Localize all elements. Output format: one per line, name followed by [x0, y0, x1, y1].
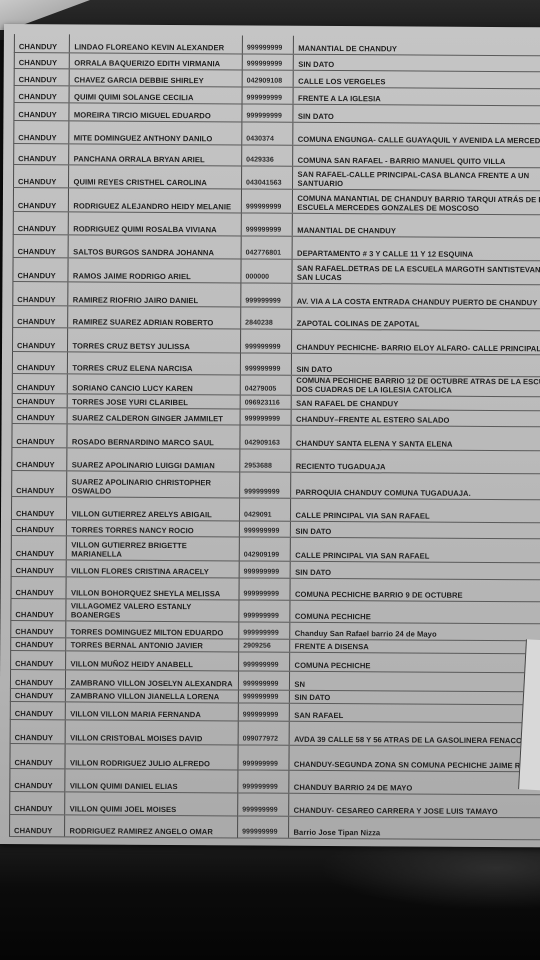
canton-cell: CHANDUY: [13, 305, 69, 327]
canton-cell: CHANDUY: [11, 620, 67, 637]
canton-cell: CHANDUY: [10, 814, 66, 836]
phone-cell: 999999999: [240, 408, 292, 424]
canton-cell: CHANDUY: [12, 407, 68, 423]
phone-cell: 099077972: [238, 720, 290, 744]
phone-cell: 999999999: [238, 744, 290, 769]
address-cell: CHANDUY-SEGUNDA ZONA SN COMUNA PECHICHE …: [289, 745, 540, 772]
address-cell: CALLE PRINCIPAL VIA SAN RAFAEL: [291, 537, 540, 563]
phone-cell: 042776801: [241, 235, 293, 258]
address-cell: SN: [290, 671, 540, 692]
name-cell: TORRES CRUZ BETSY JULISSA: [68, 327, 241, 352]
table-row: CHANDUYTORRES CRUZ BETSY JULISSA99999999…: [13, 327, 540, 354]
table-row: CHANDUYRODRIGUEZ RAMIREZ ANGELO OMAR9999…: [10, 814, 540, 839]
address-cell: CHANDUY SANTA ELENA Y SANTA ELENA: [291, 425, 540, 451]
canton-cell: CHANDUY: [12, 351, 68, 373]
table-row: CHANDUYVILLON CRISTOBAL MOISES DAVID0990…: [10, 719, 540, 746]
name-cell: RAMIREZ SUAREZ ADRIAN ROBERTO: [68, 305, 241, 328]
phone-cell: 999999999: [242, 35, 294, 53]
canton-cell: CHANDUY: [11, 576, 67, 598]
address-cell: PARROQUIA CHANDUY COMUNA TUGADUAJA.: [291, 472, 540, 500]
records-table: CHANDUYLINDAO FLOREANO KEVIN ALEXANDER99…: [9, 34, 540, 840]
phone-cell: 0429336: [242, 144, 294, 165]
name-cell: TORRES TORRES NANCY ROCIO: [67, 519, 240, 536]
name-cell: VILLON QUIMI JOEL MOISES: [65, 791, 238, 815]
canton-cell: CHANDUY: [14, 102, 70, 120]
address-cell: COMUNA PECHICHE BARRIO 9 DE OCTUBRE: [290, 578, 540, 602]
canton-cell: CHANDUY: [14, 34, 70, 52]
name-cell: LINDAO FLOREANO KEVIN ALEXANDER: [70, 34, 243, 53]
canton-cell: CHANDUY: [14, 68, 70, 85]
address-cell: CALLE LOS VERGELES: [294, 70, 540, 89]
name-cell: VILLON QUIMI DANIEL ELIAS: [65, 768, 238, 792]
address-cell: SIN DATO: [293, 104, 540, 124]
canton-cell: CHANDUY: [12, 373, 68, 393]
table-row: CHANDUYMITE DOMINGUEZ ANTHONY DANILO0430…: [14, 120, 540, 146]
address-cell: MANANTIAL DE CHANDUY: [293, 213, 540, 238]
name-cell: VILLON BOHORQUEZ SHEYLA MELISSA: [66, 576, 239, 599]
name-cell: VILLON RODRIGUEZ JULIO ALFREDO: [65, 743, 238, 769]
name-cell: VILLON FLORES CRISTINA ARACELY: [67, 559, 240, 577]
canton-cell: CHANDUY: [13, 234, 69, 257]
table-row: CHANDUYSALTOS BURGOS SANDRA JOHANNA04277…: [13, 234, 540, 260]
address-cell: AV. VIA A LA COSTA ENTRADA CHANDUY PUERT…: [292, 283, 540, 309]
records-table-body: CHANDUYLINDAO FLOREANO KEVIN ALEXANDER99…: [10, 34, 540, 839]
table-row: CHANDUYRAMIREZ RIOFRIO JAIRO DANIEL99999…: [13, 281, 540, 308]
canton-cell: CHANDUY: [11, 637, 67, 650]
canton-cell: CHANDUY: [11, 650, 67, 669]
address-cell: Barrio Jose Tipan Nizza: [289, 816, 540, 840]
phone-cell: 999999999: [239, 520, 291, 536]
address-cell: Chanduy San Rafael barrio 24 de Mayo: [290, 622, 540, 641]
name-cell: RODRIGUEZ ALEJANDRO HEIDY MELANIE: [69, 187, 242, 212]
name-cell: RAMOS JAIME RODRIGO ARIEL: [68, 257, 241, 282]
address-cell: CHANDUY- CESAREO CARRERA Y JOSE LUIS TAM…: [289, 793, 540, 818]
name-cell: TORRES DOMINGUEZ MILTON EDUARDO: [66, 620, 239, 638]
phone-cell: 0430374: [242, 121, 294, 144]
phone-cell: 999999999: [238, 702, 290, 720]
name-cell: QUIMI QUIMI SOLANGE CECILIA: [70, 85, 243, 103]
address-cell: CALLE PRINCIPAL VIA SAN RAFAEL: [291, 498, 540, 523]
phone-cell: 999999999: [239, 577, 291, 599]
address-cell: CHANDUY PECHICHE- BARRIO ELOY ALFARO- CA…: [292, 329, 540, 355]
canton-cell: CHANDUY: [13, 281, 69, 305]
phone-cell: 096923116: [240, 394, 292, 408]
address-cell: COMUNA PECHICHE: [290, 600, 540, 624]
address-cell: SAN RAFAEL-CALLE PRINCIPAL-CASA BLANCA F…: [293, 166, 540, 191]
name-cell: VILLON CRISTOBAL MOISES DAVID: [66, 719, 239, 744]
phone-cell: 999999999: [239, 621, 291, 638]
canton-cell: CHANDUY: [13, 257, 69, 281]
canton-cell: CHANDUY: [14, 120, 70, 143]
printed-sheet: CHANDUYLINDAO FLOREANO KEVIN ALEXANDER99…: [0, 24, 540, 847]
table-row: CHANDUYVILLON GUTIERREZ ARELYS ABIGAIL04…: [11, 496, 540, 522]
table-row: CHANDUYSUAREZ APOLINARIO LUIGGI DAMIAN29…: [12, 447, 540, 473]
phone-cell: 999999999: [242, 86, 294, 103]
name-cell: TORRES BERNAL ANTONIO JAVIER: [66, 637, 239, 651]
canton-cell: CHANDUY: [10, 768, 66, 791]
address-cell: SIN DATO: [294, 54, 540, 72]
name-cell: VILLAGOMEZ VALERO ESTANLY BOANERGES: [66, 598, 239, 621]
canton-cell: CHANDUY: [11, 519, 67, 535]
address-cell: COMUNA PECHICHE: [290, 652, 540, 673]
phone-cell: 999999999: [238, 792, 290, 815]
phone-cell: 04279005: [240, 374, 292, 394]
phone-cell: 999999999: [238, 670, 290, 689]
canton-cell: CHANDUY: [11, 559, 67, 576]
address-cell: COMUNA SAN RAFAEL - BARRIO MANUEL QUITO …: [293, 145, 540, 168]
canton-cell: CHANDUY: [11, 535, 67, 559]
name-cell: VILLON GUTIERREZ ARELYS ABIGAIL: [67, 496, 240, 520]
phone-cell: 999999999: [242, 103, 294, 121]
canton-cell: CHANDUY: [10, 743, 66, 768]
address-cell: CHANDUY BARRIO 24 DE MAYO: [289, 770, 540, 795]
phone-cell: 000000: [241, 258, 293, 282]
canton-cell: CHANDUY: [10, 669, 66, 688]
canton-cell: CHANDUY: [12, 423, 68, 447]
name-cell: QUIMI REYES CRISTHEL CAROLINA: [69, 164, 242, 188]
phone-cell: 999999999: [238, 815, 290, 837]
phone-cell: 043041563: [242, 165, 294, 188]
name-cell: TORRES CRUZ ELENA NARCISA: [68, 351, 241, 374]
table-row: CHANDUYRAMOS JAIME RODRIGO ARIEL000000SA…: [13, 257, 540, 284]
phone-cell: 999999999: [241, 212, 293, 235]
address-cell: COMUNA MANANTIAL DE CHANDUY BARRIO TARQU…: [293, 189, 540, 215]
background-surface-bottom: [0, 840, 540, 960]
table-row: CHANDUYVILLON QUIMI JOEL MOISES999999999…: [10, 791, 540, 817]
phone-cell: 999999999: [241, 282, 293, 306]
phone-cell: 999999999: [239, 599, 291, 621]
table-row: CHANDUYQUIMI REYES CRISTHEL CAROLINA0430…: [14, 164, 540, 190]
name-cell: CHAVEZ GARCIA DEBBIE SHIRLEY: [70, 68, 243, 86]
name-cell: RODRIGUEZ RAMIREZ ANGELO OMAR: [65, 814, 238, 837]
address-cell: AVDA 39 CALLE 58 Y 56 ATRAS DE LA GASOLI…: [290, 721, 540, 747]
table-row: CHANDUYSUAREZ APOLINARIO CHRISTOPHER OSW…: [12, 470, 540, 499]
name-cell: ZAMBRANO VILLON JOSELYN ALEXANDRA: [66, 669, 239, 689]
canton-cell: CHANDUY: [10, 688, 66, 701]
name-cell: TORRES JOSE YURI CLARIBEL: [68, 393, 241, 408]
canton-cell: CHANDUY: [12, 393, 68, 407]
phone-cell: 2953688: [240, 448, 292, 471]
phone-cell: 999999999: [240, 471, 292, 497]
canton-cell: CHANDUY: [12, 470, 68, 496]
name-cell: RAMIREZ RIOFRIO JAIRO DANIEL: [68, 281, 241, 306]
table-row: CHANDUYVILLON QUIMI DANIEL ELIAS99999999…: [10, 768, 540, 794]
name-cell: VILLON VILLON MARIA FERNANDA: [66, 701, 239, 720]
name-cell: VILLON GUTIERREZ BRIGETTE MARIANELLA: [67, 535, 240, 560]
phone-cell: 999999999: [242, 53, 294, 69]
phone-cell: 999999999: [240, 352, 292, 374]
phone-cell: 999999999: [238, 689, 290, 702]
table-row: CHANDUYROSADO BERNARDINO MARCO SAUL04290…: [12, 423, 540, 450]
canton-cell: CHANDUY: [10, 791, 66, 814]
canton-cell: CHANDUY: [14, 143, 70, 164]
canton-cell: CHANDUY: [14, 85, 70, 102]
phone-cell: 999999999: [241, 188, 293, 212]
canton-cell: CHANDUY: [14, 52, 70, 68]
table-row: CHANDUYRODRIGUEZ QUIMI ROSALBA VIVIANA99…: [13, 211, 540, 237]
address-cell: COMUNA ENGUNGA- CALLE GUAYAQUIL Y AVENID…: [293, 122, 540, 147]
canton-cell: CHANDUY: [14, 164, 70, 187]
phone-cell: 2909256: [239, 638, 291, 651]
name-cell: VILLON MUÑOZ HEIDY ANABELL: [66, 650, 239, 670]
table-row: CHANDUYVILLON RODRIGUEZ JULIO ALFREDO999…: [10, 743, 540, 771]
address-cell: SIN DATO: [291, 561, 540, 580]
address-cell: SIN DATO: [291, 521, 540, 539]
name-cell: ROSADO BERNARDINO MARCO SAUL: [67, 423, 240, 448]
name-cell: RODRIGUEZ QUIMI ROSALBA VIVIANA: [69, 211, 242, 235]
canton-cell: CHANDUY: [13, 327, 69, 351]
phone-cell: 999999999: [238, 769, 290, 792]
phone-cell: 2840238: [241, 306, 293, 328]
address-cell: COMUNA PECHICHE BARRIO 12 DE OCTUBRE ATR…: [292, 375, 540, 397]
phone-cell: 042909199: [239, 536, 291, 560]
name-cell: ORRALA BAQUERIZO EDITH VIRMANIA: [70, 52, 243, 69]
name-cell: MOREIRA TIRCIO MIGUEL EDUARDO: [69, 102, 242, 121]
phone-cell: 999999999: [241, 328, 293, 352]
canton-cell: CHANDUY: [10, 719, 66, 743]
name-cell: ZAMBRANO VILLON JIANELLA LORENA: [66, 688, 239, 702]
phone-cell: 999999999: [239, 560, 291, 577]
address-cell: SAN RAFAEL.DETRAS DE LA ESCUELA MARGOTH …: [292, 259, 540, 285]
address-cell: MANANTIAL DE CHANDUY: [294, 36, 540, 56]
phone-cell: 0429091: [239, 497, 291, 520]
address-cell: CHANDUY–FRENTE AL ESTERO SALADO: [292, 409, 540, 427]
address-cell: DEPARTAMENTO # 3 Y CALLE 11 Y 12 ESQUINA: [293, 236, 540, 261]
table-row: CHANDUYRODRIGUEZ ALEJANDRO HEIDY MELANIE…: [13, 187, 540, 214]
name-cell: SORIANO CANCIO LUCY KAREN: [68, 373, 241, 394]
canton-cell: CHANDUY: [11, 598, 67, 620]
address-cell: RECIENTO TUGADUAJA: [291, 449, 540, 474]
phone-cell: 042909108: [242, 69, 294, 86]
canton-cell: CHANDUY: [11, 496, 67, 519]
name-cell: PANCHANA ORRALA BRYAN ARIEL: [69, 143, 242, 165]
name-cell: SUAREZ APOLINARIO LUIGGI DAMIAN: [67, 447, 240, 471]
name-cell: SUAREZ CALDERON GINGER JAMMILET: [68, 407, 241, 424]
canton-cell: CHANDUY: [12, 447, 68, 470]
name-cell: SALTOS BURGOS SANDRA JOHANNA: [69, 234, 242, 258]
name-cell: MITE DOMINGUEZ ANTHONY DANILO: [69, 120, 242, 144]
phone-cell: 999999999: [239, 651, 291, 670]
name-cell: SUAREZ APOLINARIO CHRISTOPHER OSWALDO: [67, 470, 240, 497]
table-row: CHANDUYVILLON GUTIERREZ BRIGETTE MARIANE…: [11, 535, 540, 562]
phone-cell: 042909163: [240, 424, 292, 448]
canton-cell: CHANDUY: [10, 701, 66, 719]
address-cell: ZAPOTAL COLINAS DE ZAPOTAL: [292, 307, 540, 331]
canton-cell: CHANDUY: [13, 211, 69, 234]
address-cell: SIN DATO: [292, 353, 540, 377]
address-cell: FRENTE A LA IGLESIA: [293, 87, 540, 106]
canton-cell: CHANDUY: [13, 187, 69, 211]
address-cell: SAN RAFAEL: [290, 703, 540, 723]
